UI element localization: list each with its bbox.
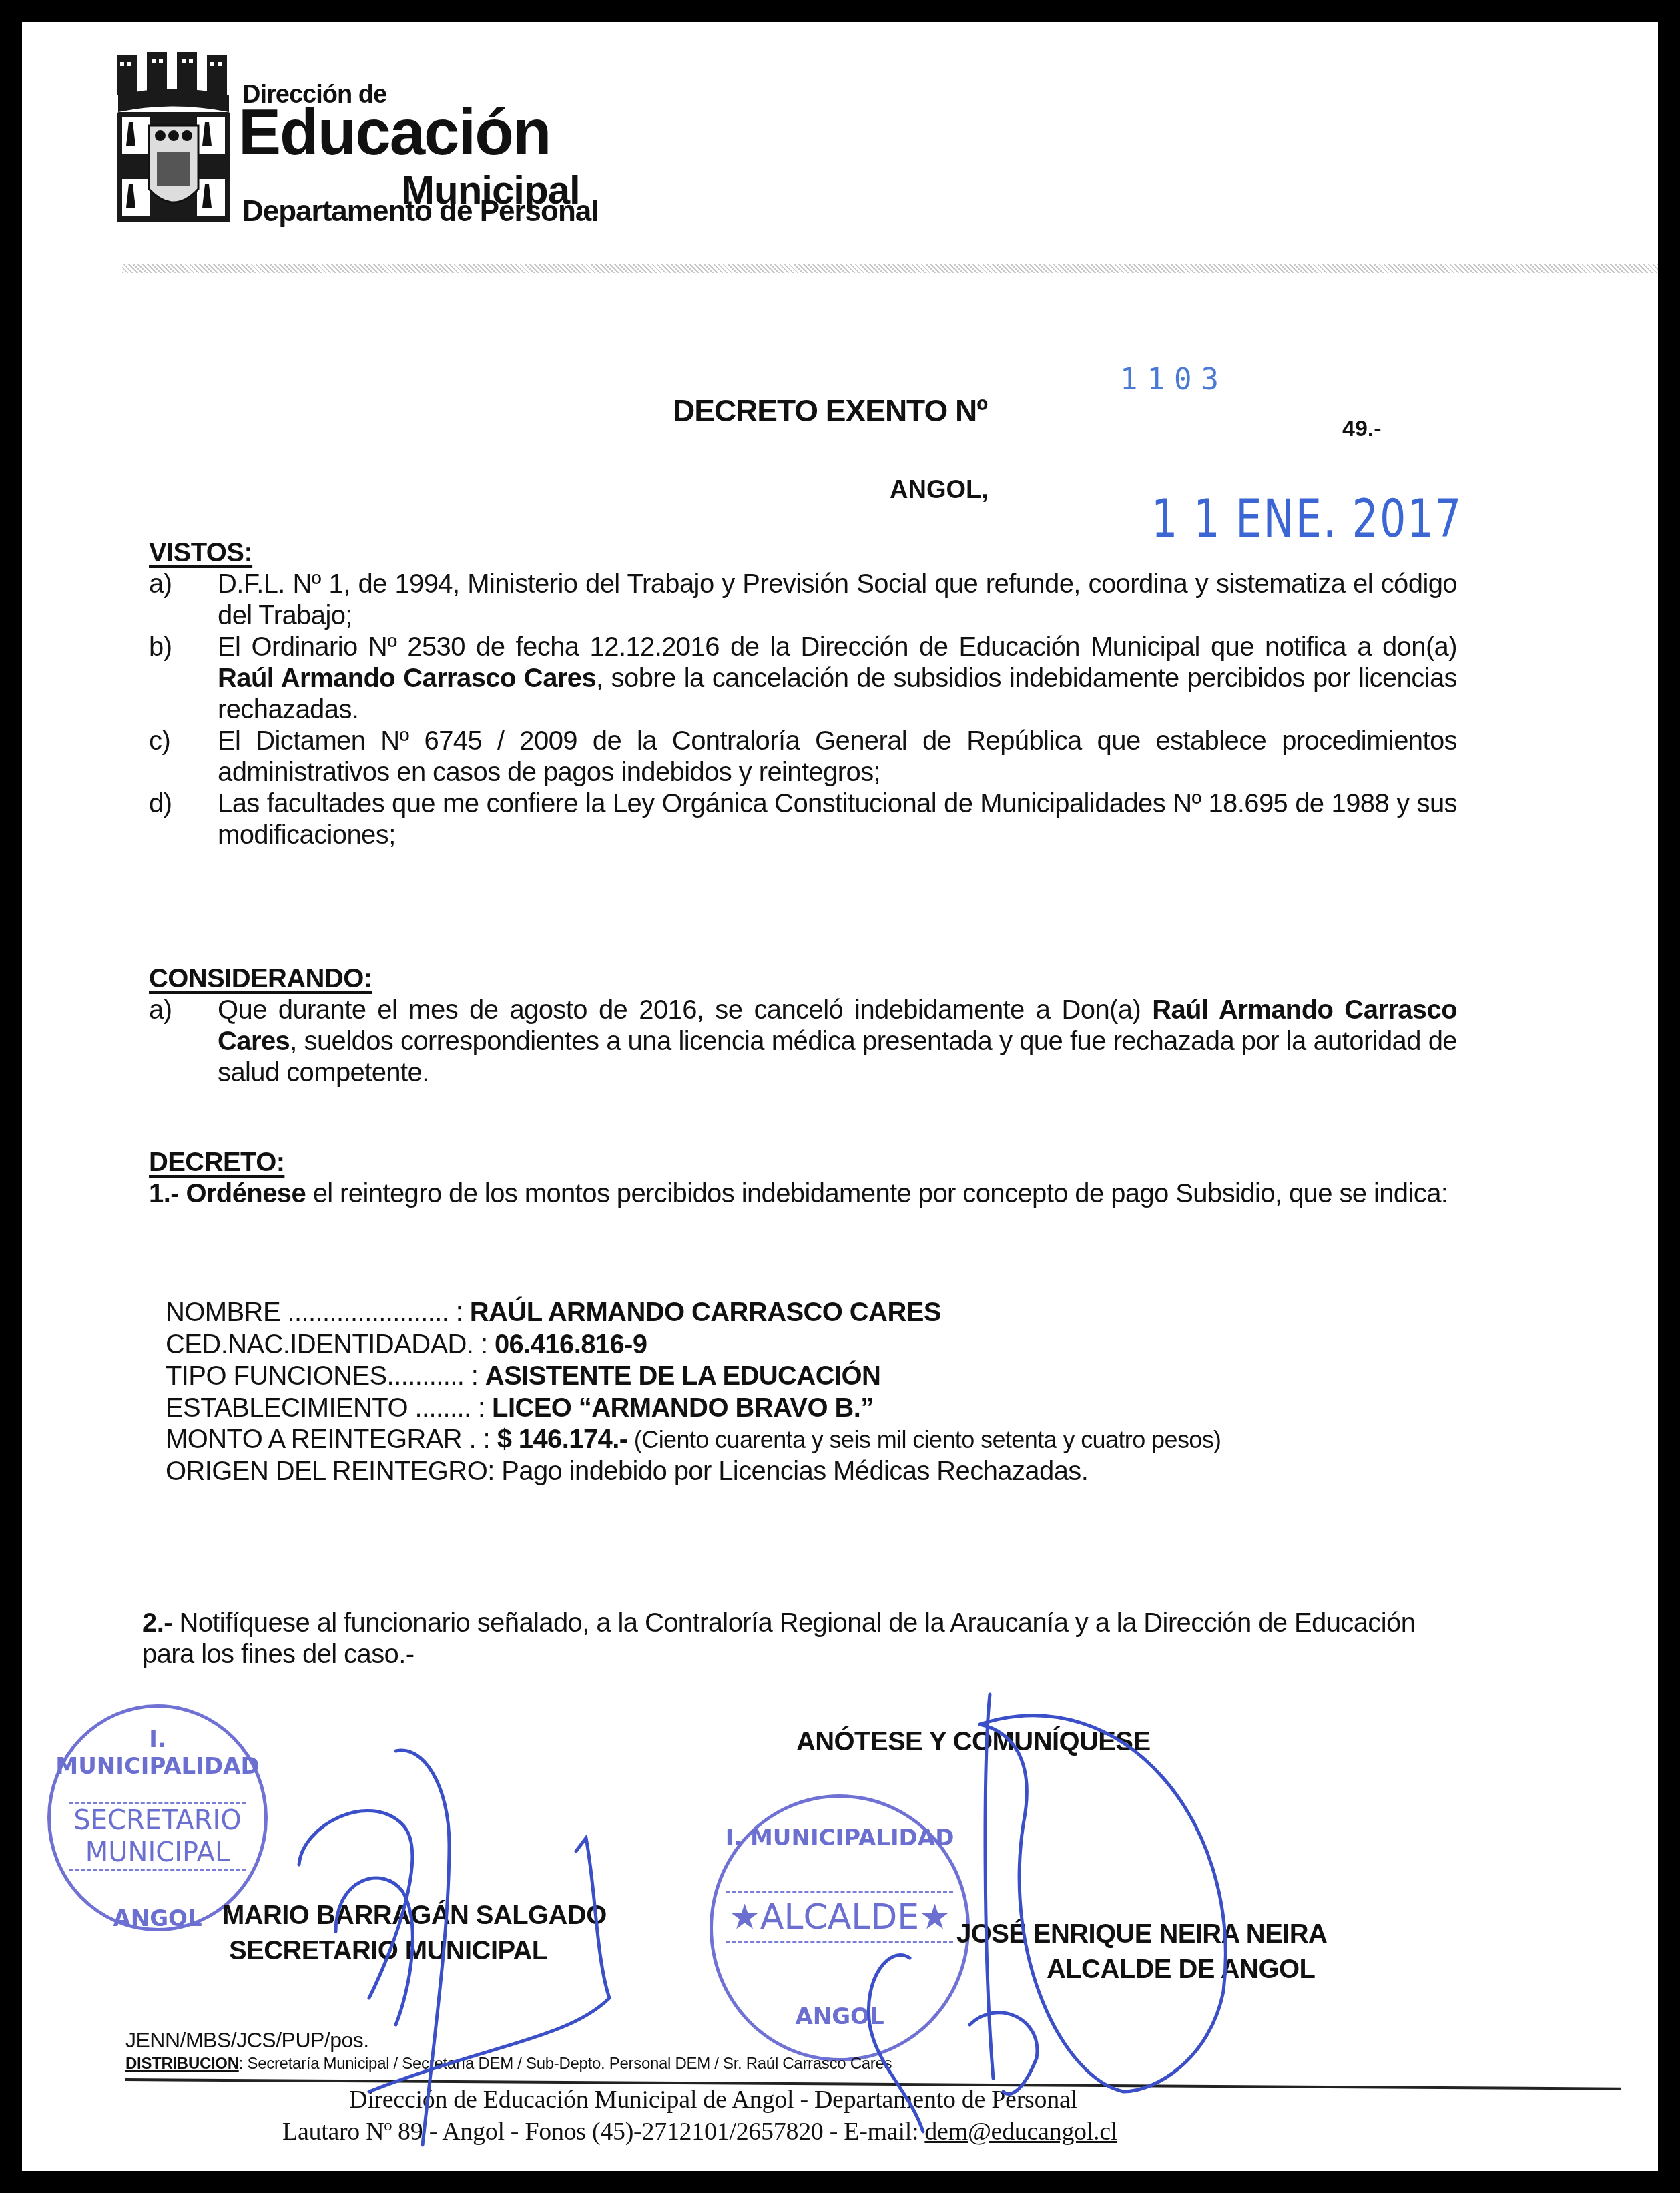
- mayor-signature-block: JOSÉ ENRIQUE NEIRA NEIRA ALCALDE DE ANGO…: [956, 1917, 1327, 1987]
- mayor-role: ALCALDE DE ANGOL: [956, 1952, 1327, 1987]
- secretary-role: SECRETARIO MUNICIPAL: [222, 1933, 607, 1969]
- decreto-heading: DECRETO:: [149, 1147, 1457, 1178]
- secretary-name: MARIO BARRAGÁN SALGADO: [222, 1898, 607, 1933]
- field-row: ORIGEN DEL REINTEGRO: Pago indebido por …: [166, 1456, 1221, 1488]
- decreto-point-2: 2.- Notifíquese al funcionario señalado,…: [142, 1608, 1450, 1670]
- mayor-stamp: I. MUNICIPALIDAD ★ALCALDE★ ANGOL: [710, 1794, 970, 2061]
- closing-formula: ANÓTESE Y COMUNÍQUESE: [796, 1724, 1150, 1760]
- mayor-name: JOSÉ ENRIQUE NEIRA NEIRA: [956, 1917, 1327, 1952]
- field-row: TIPO FUNCIONES........... : ASISTENTE DE…: [166, 1361, 1221, 1393]
- initials: JENN/MBS/JCS/PUP/pos.: [125, 2028, 369, 2053]
- vistos-item-a: a) D.F.L. Nº 1, de 1994, Ministerio del …: [149, 569, 1457, 632]
- decreto-section: DECRETO: 1.- Ordénese el reintegro de lo…: [149, 1147, 1457, 1210]
- reimbursement-details: NOMBRE ....................... : RAÚL AR…: [166, 1297, 1221, 1487]
- footer-organization: Dirección de Educación Municipal de Ango…: [349, 2085, 1077, 2114]
- header-department: Departamento de Personal: [242, 197, 599, 226]
- distribution-list: DISTRIBUCION: Secretaría Municipal / Sec…: [125, 2055, 892, 2074]
- vistos-item-c: c) El Dictamen Nº 6745 / 2009 de la Cont…: [149, 726, 1457, 788]
- vistos-item-d: d) Las facultades que me confiere la Ley…: [149, 788, 1457, 851]
- vistos-section: VISTOS: a) D.F.L. Nº 1, de 1994, Ministe…: [149, 537, 1457, 851]
- secretary-signature-block: MARIO BARRAGÁN SALGADO SECRETARIO MUNICI…: [222, 1898, 607, 1969]
- header-title: Educación: [238, 101, 550, 165]
- document-page: Dirección de Educación Municipal Departa…: [22, 22, 1658, 2171]
- decree-number-stamp: 1103: [1120, 362, 1228, 397]
- considerando-section: CONSIDERANDO: a) Que durante el mes de a…: [149, 963, 1457, 1089]
- considerando-heading: CONSIDERANDO:: [149, 963, 1457, 995]
- municipal-crest-icon: [110, 49, 237, 229]
- email-link[interactable]: dem@educangol.cl: [924, 2118, 1117, 2146]
- header-divider: [122, 264, 1658, 273]
- decree-title: DECRETO EXENTO Nº: [673, 393, 987, 429]
- decree-number: 49.-: [1342, 416, 1382, 442]
- secretary-stamp: I. MUNICIPALIDAD SECRETARIOMUNICIPAL ANG…: [47, 1704, 268, 1931]
- field-row: ESTABLECIMIENTO ........ : LICEO “ARMAND…: [166, 1393, 1221, 1425]
- vistos-heading: VISTOS:: [149, 537, 1457, 569]
- field-row: CED.NAC.IDENTIDADAD. : 06.416.816-9: [166, 1329, 1221, 1361]
- vistos-item-b: b) El Ordinario Nº 2530 de fecha 12.12.2…: [149, 632, 1457, 726]
- decreto-point-1: 1.- Ordénese el reintegro de los montos …: [149, 1178, 1457, 1210]
- field-row: MONTO A REINTEGRAR . : $ 146.174.- (Cien…: [166, 1424, 1221, 1456]
- person-name: Raúl Armando Carrasco Cares: [218, 664, 596, 693]
- footer-address: Lautaro Nº 89 - Angol - Fonos (45)-27121…: [282, 2117, 1117, 2146]
- considerando-item-a: a) Que durante el mes de agosto de 2016,…: [149, 995, 1457, 1089]
- field-row: NOMBRE ....................... : RAÚL AR…: [166, 1297, 1221, 1329]
- decree-city: ANGOL,: [890, 476, 989, 505]
